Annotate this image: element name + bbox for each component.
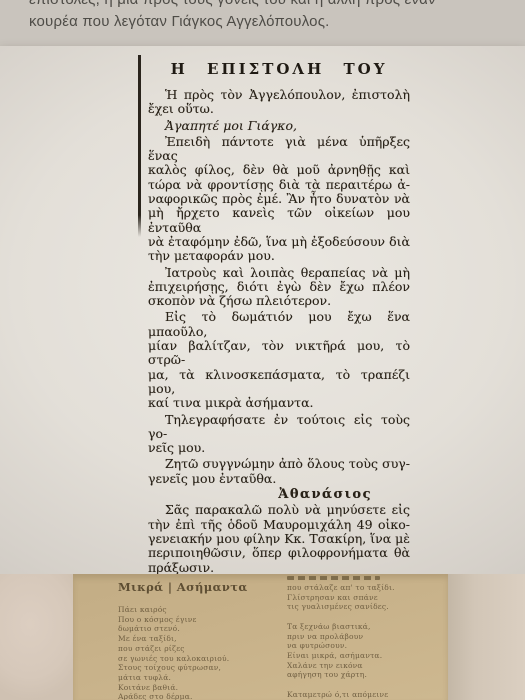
letter-line: Ἰατροὺς καὶ λοιπὰς θεραπείας νὰ μὴ: [148, 266, 410, 280]
letter-line: μίαν βαλίτζαν, τὸν νικτῆρά μου, τὸ στρῶ-: [148, 339, 410, 368]
letter-line: Εἰς τὸ δωμάτιόν μου ἔχω ἕνα μπαοῦλο,: [148, 310, 410, 339]
poem-line: Κοιτάνε βαθιά.: [118, 683, 268, 693]
letter-line: μα, τὰ κλινοσκεπάσματα, τὸ τραπέζι μου,: [148, 368, 410, 397]
letter-line: γενειακήν μου φίλην Κκ. Τσακίρη, ἵνα μὲ: [148, 532, 410, 546]
wall-bottom-right: [448, 574, 525, 700]
letter-line: Τηλεγραφήσατε ἐν τούτοις εἰς τοὺς γο-: [148, 413, 410, 442]
poem-line: να φυτρώσουν.: [287, 641, 437, 651]
wall-caption-line1: επιστολές, η μία προς τους γονείς του κα…: [29, 0, 509, 11]
column-divider-rule: [138, 55, 141, 237]
letter-line: νεῖς μου.: [148, 441, 410, 455]
letter-line: Ἀγαπητέ μοι Γιάγκο,: [148, 119, 410, 133]
letter-column: Η ΕΠΙΣΤΟΛΗ ΤΟΥ Ἡ πρὸς τὸν Ἀγγελόπουλον, …: [148, 60, 410, 592]
poem-line: Στους τοίχους φύτρωσαν,: [118, 663, 268, 673]
poem-left-column: Πάει καιρόςΠου ο κόσμος έγινεδωμάτιο στε…: [118, 605, 268, 700]
letter-line: νὰ ἐταφόμην ἐδῶ, ἵνα μὴ ἐξοδεύσουν διὰ: [148, 235, 410, 249]
letter-line: ἐπιχειρήσῃς, διότι ἐγὼ δὲν ἔχω πλέον: [148, 280, 410, 294]
poem-line: Τα ξεχνάω βιαστικά,: [287, 622, 437, 632]
letter-line: σκοπὸν νὰ ζήσω πλειότερον.: [148, 294, 410, 308]
letter-line: γενεῖς μου ἐνταῦθα.: [148, 472, 410, 486]
wall-bottom-left: [0, 574, 75, 700]
letter-line: Ἡ πρὸς τὸν Ἀγγελόπουλον, ἐπιστολὴ: [148, 88, 410, 102]
letter-title: Η ΕΠΙΣΤΟΛΗ ΤΟΥ: [148, 60, 410, 78]
poem-line: Με ένα ταξίδι,: [118, 634, 268, 644]
poem-line: σε γωνιές του καλοκαιριού.: [118, 654, 268, 664]
wall-caption: επιστολές, η μία προς τους γονείς του κα…: [29, 0, 509, 44]
poem-paper: Μικρά | Ασήμαντα Πάει καιρόςΠου ο κόσμος…: [73, 574, 448, 700]
letter-line: περιποιηθῶσιν, ὅπερ φιλοφρονήματα θὰ: [148, 546, 410, 560]
letter-line: μὴ ἤρχετο κανεὶς τῶν οἰκείων μου ἐνταῦθα: [148, 206, 410, 235]
exhibit-photo: επιστολές, η μία προς τους γονείς του κα…: [0, 0, 525, 700]
letter-line: πράξωσιν.: [148, 561, 410, 575]
letter-line: Ζητῶ συγγνώμην ἀπὸ ὅλους τοὺς συγ-: [148, 457, 410, 471]
letter-line: καλὸς φίλος, δὲν θὰ μοῦ ἀρνηθῇς καὶ: [148, 163, 410, 177]
letter-line: τώρα νὰ φροντίσῃς διὰ τὰ περαιτέρω ἀ-: [148, 178, 410, 192]
letter-line: ἔχει οὕτω.: [148, 102, 410, 116]
wall-caption-line2: κουρέα που λεγόταν Γιάγκος Αγγελόπουλος.: [29, 11, 509, 33]
poem-line: [287, 680, 437, 690]
poem-right-column: που στάλαζε απ' το ταξίδι.Γλίστρησαν και…: [287, 583, 437, 699]
letter-line: Ἀθανάσιος: [148, 488, 410, 502]
poem-line: Γλίστρησαν και σπάνε: [287, 593, 437, 603]
poem-line: δωμάτιο στενό.: [118, 624, 268, 634]
letter-line: τὴν ἐπὶ τῆς ὁδοῦ Μαυρομιχάλη 49 οἰκο-: [148, 518, 410, 532]
letter-line: καί τινα μικρὰ ἀσήμαντα.: [148, 396, 410, 410]
poem-line: πριν να προλάβουν: [287, 632, 437, 642]
poem-line: Πάει καιρός: [118, 605, 268, 615]
poem-line: που στάλαζε απ' το ταξίδι.: [287, 583, 437, 593]
poem-line: Χαλάνε την εικόνα: [287, 661, 437, 671]
poem-line: αφήγηση του χάρτη.: [287, 670, 437, 680]
poem-title: Μικρά | Ασήμαντα: [118, 580, 248, 594]
poem-line: που στάζει ρίζες: [118, 644, 268, 654]
poem-line: Που ο κόσμος έγινε: [118, 615, 268, 625]
poem-clipped-line: [287, 576, 380, 580]
letter-line: τὴν μεταφοράν μου.: [148, 249, 410, 263]
poem-line: μάτια τυφλά.: [118, 673, 268, 683]
letter-line: Ἐπειδὴ πάντοτε γιὰ μένα ὑπῆρξες ἕνας: [148, 135, 410, 164]
poem-line: [287, 612, 437, 622]
poem-line: Αράδες στο δέρμα.: [118, 692, 268, 700]
letter-line: Σᾶς παρακαλῶ πολὺ νὰ μηνύσετε εἰς: [148, 503, 410, 517]
poem-line: Είναι μικρά, ασήμαντα.: [287, 651, 437, 661]
letter-body: Ἡ πρὸς τὸν Ἀγγελόπουλον, ἐπιστολὴἔχει οὕ…: [148, 88, 410, 592]
poem-line: τις γυαλισμένες σανίδες.: [287, 602, 437, 612]
letter-paper: Η ΕΠΙΣΤΟΛΗ ΤΟΥ Ἡ πρὸς τὸν Ἀγγελόπουλον, …: [0, 46, 525, 574]
poem-line: Καταμετρώ ό,τι απόμεινε: [287, 690, 437, 700]
